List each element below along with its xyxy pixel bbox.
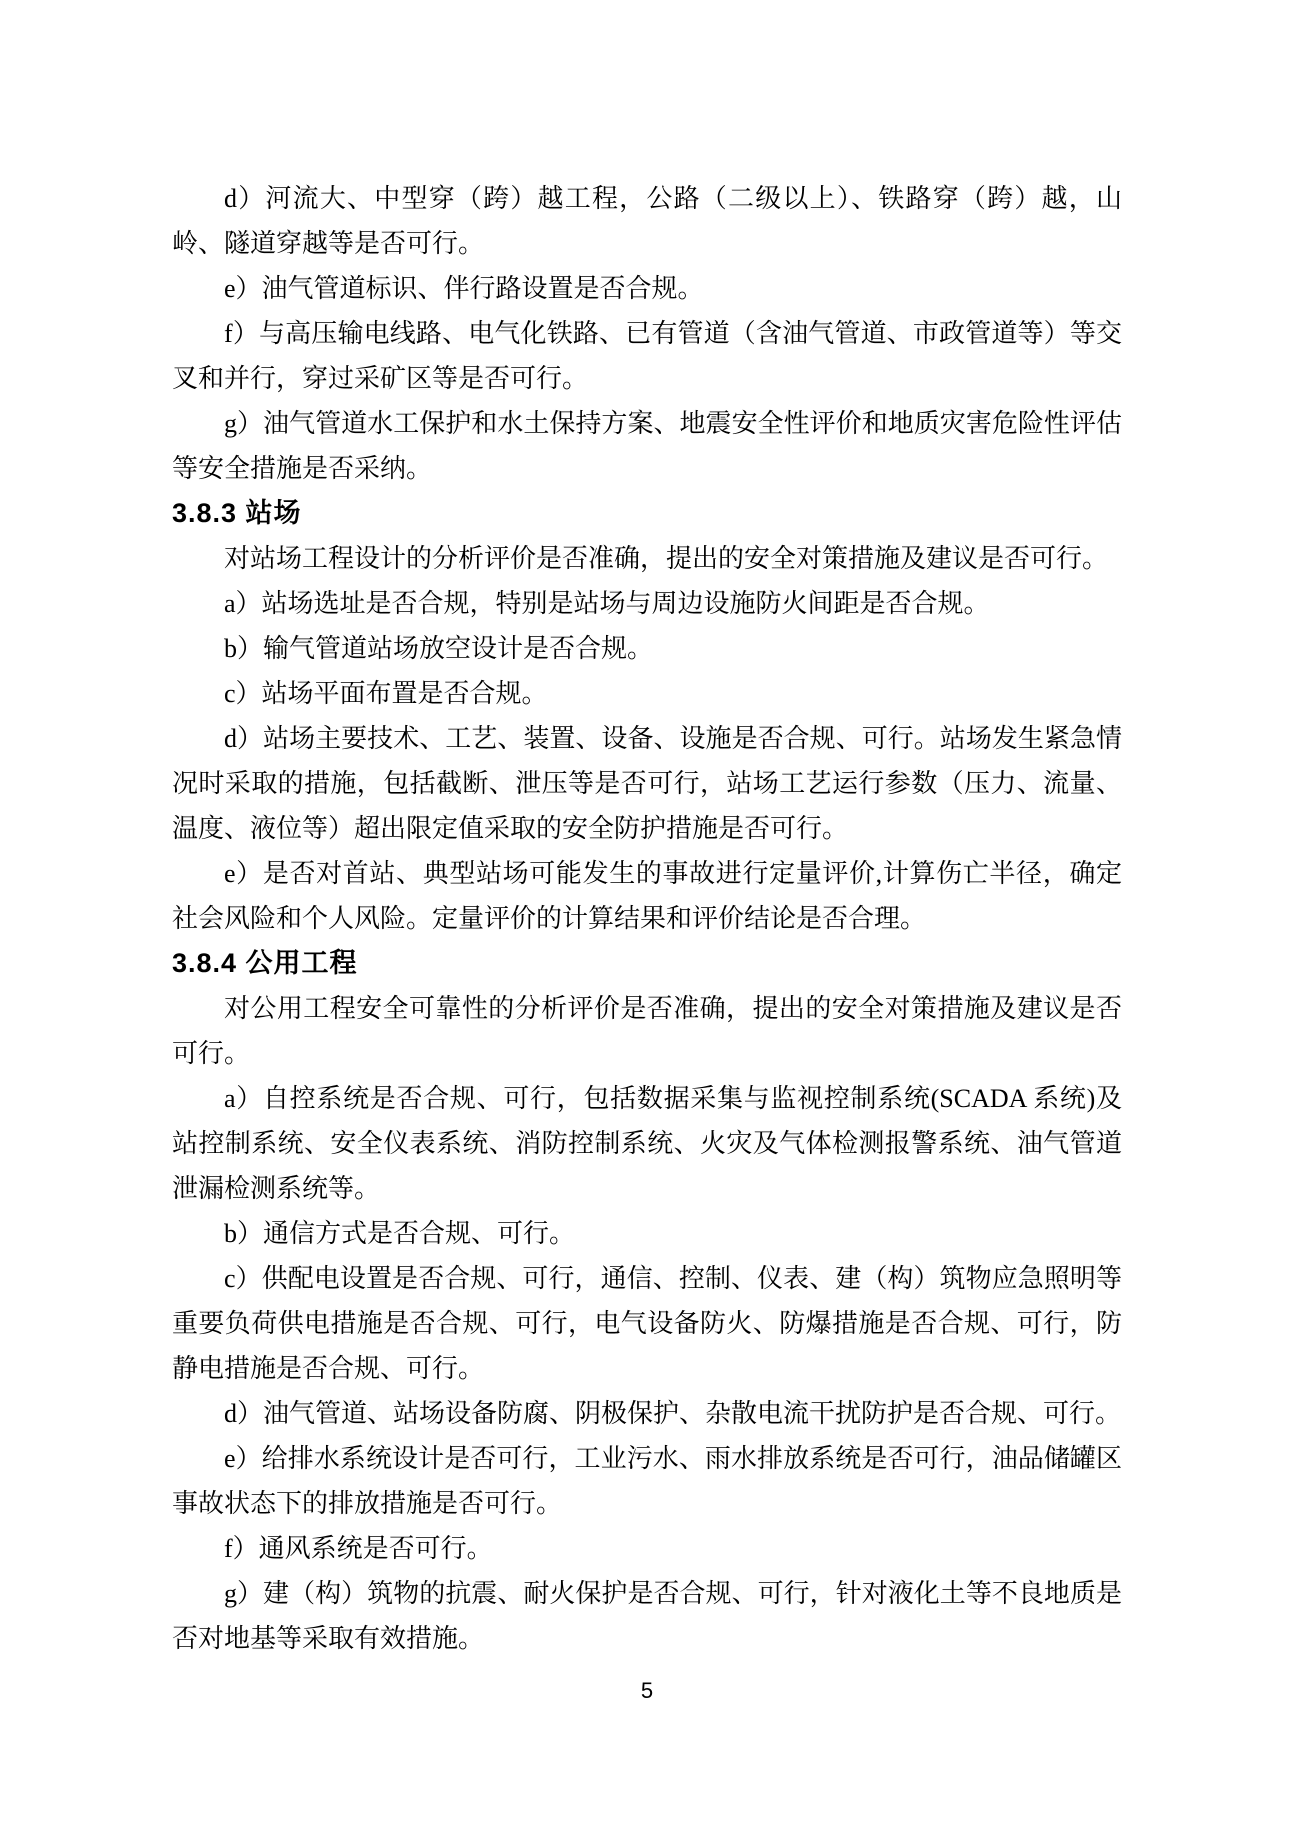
paragraph: 对站场工程设计的分析评价是否准确，提出的安全对策措施及建议是否可行。 <box>172 536 1122 581</box>
paragraph: b）输气管道站场放空设计是否合规。 <box>172 626 1122 671</box>
section-heading: 3.8.4 公用工程 <box>172 941 1122 986</box>
paragraph: e）油气管道标识、伴行路设置是否合规。 <box>172 266 1122 311</box>
paragraph: g）油气管道水工保护和水土保持方案、地震安全性评价和地质灾害危险性评估等安全措施… <box>172 401 1122 491</box>
paragraph: d）站场主要技术、工艺、装置、设备、设施是否合规、可行。站场发生紧急情况时采取的… <box>172 716 1122 851</box>
paragraph: e）给排水系统设计是否可行，工业污水、雨水排放系统是否可行，油品储罐区事故状态下… <box>172 1436 1122 1526</box>
paragraph: d）油气管道、站场设备防腐、阴极保护、杂散电流干扰防护是否合规、可行。 <box>172 1391 1122 1436</box>
paragraph: f）与高压输电线路、电气化铁路、已有管道（含油气管道、市政管道等）等交叉和并行，… <box>172 311 1122 401</box>
paragraph: a）站场选址是否合规，特别是站场与周边设施防火间距是否合规。 <box>172 581 1122 626</box>
paragraph: 对公用工程安全可靠性的分析评价是否准确，提出的安全对策措施及建议是否可行。 <box>172 986 1122 1076</box>
document-page: d）河流大、中型穿（跨）越工程，公路（二级以上）、铁路穿（跨）越，山岭、隧道穿越… <box>0 0 1294 1831</box>
paragraph: c）站场平面布置是否合规。 <box>172 671 1122 716</box>
paragraph: a）自控系统是否合规、可行，包括数据采集与监视控制系统(SCADA 系统)及站控… <box>172 1076 1122 1211</box>
paragraph: b）通信方式是否合规、可行。 <box>172 1211 1122 1256</box>
paragraph: d）河流大、中型穿（跨）越工程，公路（二级以上）、铁路穿（跨）越，山岭、隧道穿越… <box>172 176 1122 266</box>
section-heading: 3.8.3 站场 <box>172 491 1122 536</box>
paragraph: g）建（构）筑物的抗震、耐火保护是否合规、可行，针对液化土等不良地质是否对地基等… <box>172 1571 1122 1661</box>
paragraph: c）供配电设置是否合规、可行，通信、控制、仪表、建（构）筑物应急照明等重要负荷供… <box>172 1256 1122 1391</box>
document-body: d）河流大、中型穿（跨）越工程，公路（二级以上）、铁路穿（跨）越，山岭、隧道穿越… <box>172 176 1122 1661</box>
paragraph: f）通风系统是否可行。 <box>172 1526 1122 1571</box>
paragraph: e）是否对首站、典型站场可能发生的事故进行定量评价,计算伤亡半径，确定社会风险和… <box>172 851 1122 941</box>
page-number: 5 <box>0 1676 1294 1706</box>
